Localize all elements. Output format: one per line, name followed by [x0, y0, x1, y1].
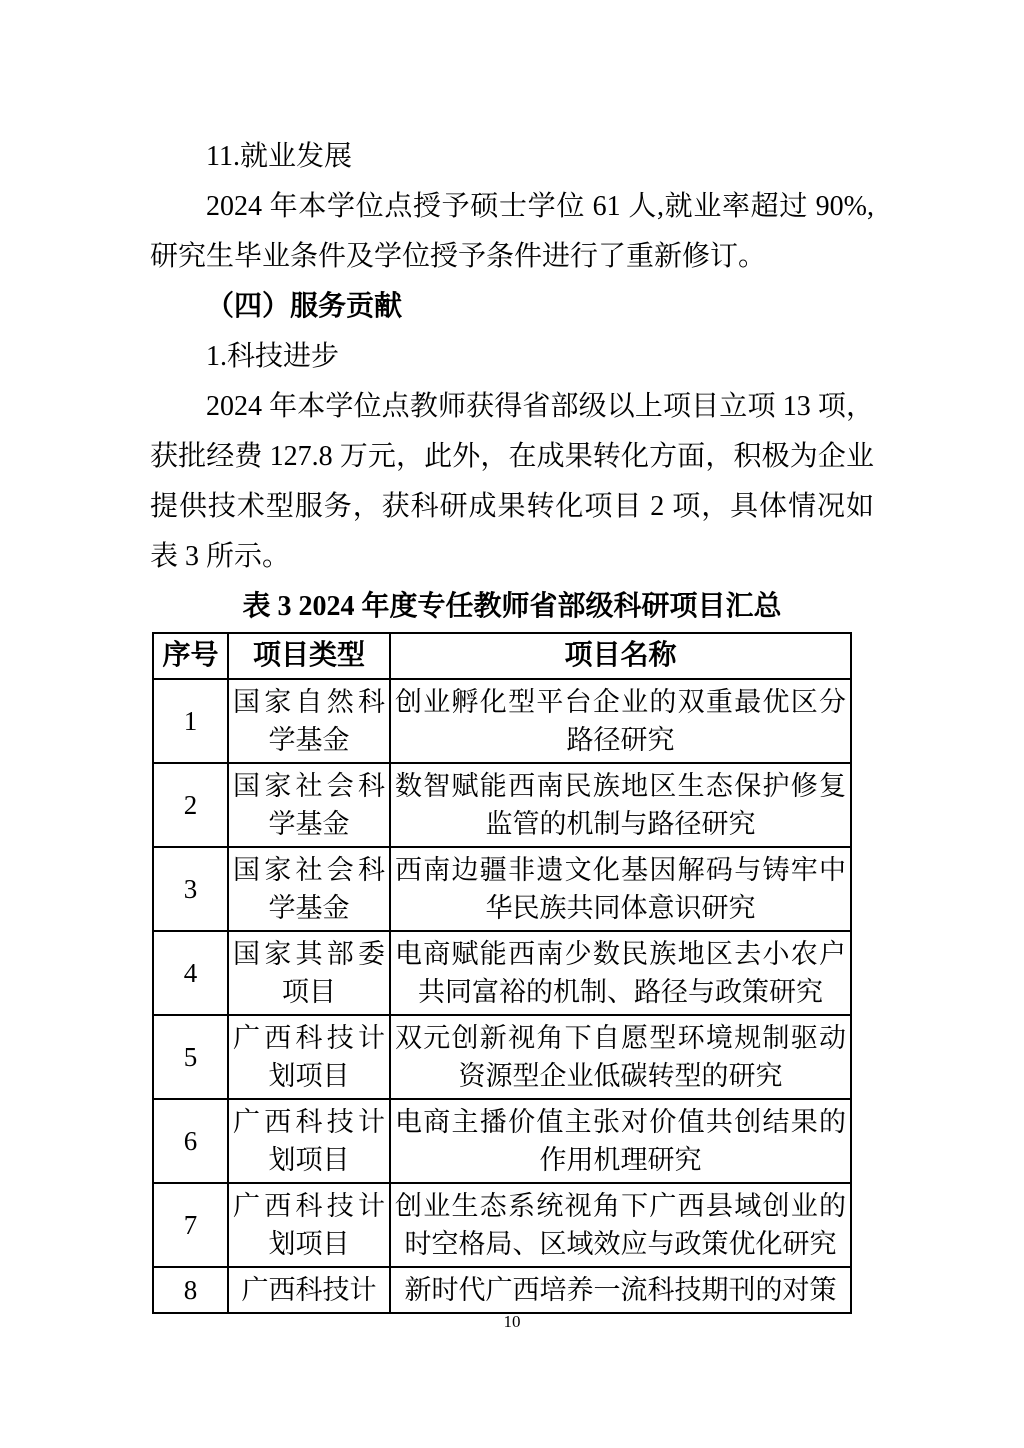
cell-no: 7: [153, 1183, 228, 1267]
cell-name: 创业生态系统视角下广西县域创业的时空格局、区域效应与政策优化研究: [390, 1183, 851, 1267]
header-serial-number: 序号: [153, 633, 228, 679]
heading-science-progress: 1.科技进步: [150, 332, 874, 382]
projects-table-body: 1国家自然科学基金创业孵化型平台企业的双重最优区分路径研究2国家社会科学基金数智…: [153, 679, 851, 1313]
table-row: 2国家社会科学基金数智赋能西南民族地区生态保护修复监管的机制与路径研究: [153, 763, 851, 847]
cell-type: 国家自然科学基金: [228, 679, 390, 763]
projects-table: 序号 项目类型 项目名称 1国家自然科学基金创业孵化型平台企业的双重最优区分路径…: [152, 632, 852, 1314]
cell-name: 西南边疆非遗文化基因解码与铸牢中华民族共同体意识研究: [390, 847, 851, 931]
paragraph-science-projects: 2024 年本学位点教师获得省部级以上项目立项 13 项，获批经费 127.8 …: [150, 382, 874, 582]
cell-no: 1: [153, 679, 228, 763]
cell-type: 广西科技计: [228, 1267, 390, 1313]
table-row: 6广西科技计划项目电商主播价值主张对价值共创结果的作用机理研究: [153, 1099, 851, 1183]
cell-name: 电商赋能西南少数民族地区去小农户共同富裕的机制、路径与政策研究: [390, 931, 851, 1015]
table-row: 7广西科技计划项目创业生态系统视角下广西县域创业的时空格局、区域效应与政策优化研…: [153, 1183, 851, 1267]
cell-no: 4: [153, 931, 228, 1015]
cell-type: 国家社会科学基金: [228, 847, 390, 931]
cell-type: 国家其部委项目: [228, 931, 390, 1015]
cell-name: 电商主播价值主张对价值共创结果的作用机理研究: [390, 1099, 851, 1183]
cell-type: 广西科技计划项目: [228, 1183, 390, 1267]
cell-name: 创业孵化型平台企业的双重最优区分路径研究: [390, 679, 851, 763]
paragraph-employment: 2024 年本学位点授予硕士学位 61 人,就业率超过 90%,研究生毕业条件及…: [150, 182, 874, 282]
cell-no: 2: [153, 763, 228, 847]
table-row: 8广西科技计新时代广西培养一流科技期刊的对策: [153, 1267, 851, 1313]
document-content: 11.就业发展 2024 年本学位点授予硕士学位 61 人,就业率超过 90%,…: [150, 132, 874, 1314]
table-row: 5广西科技计划项目双元创新视角下自愿型环境规制驱动资源型企业低碳转型的研究: [153, 1015, 851, 1099]
table-row: 4国家其部委项目电商赋能西南少数民族地区去小农户共同富裕的机制、路径与政策研究: [153, 931, 851, 1015]
heading-service-contribution: （四）服务贡献: [150, 282, 874, 332]
table-header-row: 序号 项目类型 项目名称: [153, 633, 851, 679]
cell-name: 数智赋能西南民族地区生态保护修复监管的机制与路径研究: [390, 763, 851, 847]
table-row: 1国家自然科学基金创业孵化型平台企业的双重最优区分路径研究: [153, 679, 851, 763]
cell-type: 广西科技计划项目: [228, 1099, 390, 1183]
cell-type: 国家社会科学基金: [228, 763, 390, 847]
cell-no: 8: [153, 1267, 228, 1313]
cell-no: 5: [153, 1015, 228, 1099]
header-project-name: 项目名称: [390, 633, 851, 679]
table-title: 表 3 2024 年度专任教师省部级科研项目汇总: [150, 582, 874, 632]
page-number: 10: [0, 1310, 1024, 1334]
cell-no: 3: [153, 847, 228, 931]
heading-employment-development: 11.就业发展: [150, 132, 874, 182]
document-page: 11.就业发展 2024 年本学位点授予硕士学位 61 人,就业率超过 90%,…: [0, 0, 1024, 1448]
cell-type: 广西科技计划项目: [228, 1015, 390, 1099]
cell-name: 双元创新视角下自愿型环境规制驱动资源型企业低碳转型的研究: [390, 1015, 851, 1099]
cell-name: 新时代广西培养一流科技期刊的对策: [390, 1267, 851, 1313]
header-project-type: 项目类型: [228, 633, 390, 679]
table-row: 3国家社会科学基金西南边疆非遗文化基因解码与铸牢中华民族共同体意识研究: [153, 847, 851, 931]
cell-no: 6: [153, 1099, 228, 1183]
